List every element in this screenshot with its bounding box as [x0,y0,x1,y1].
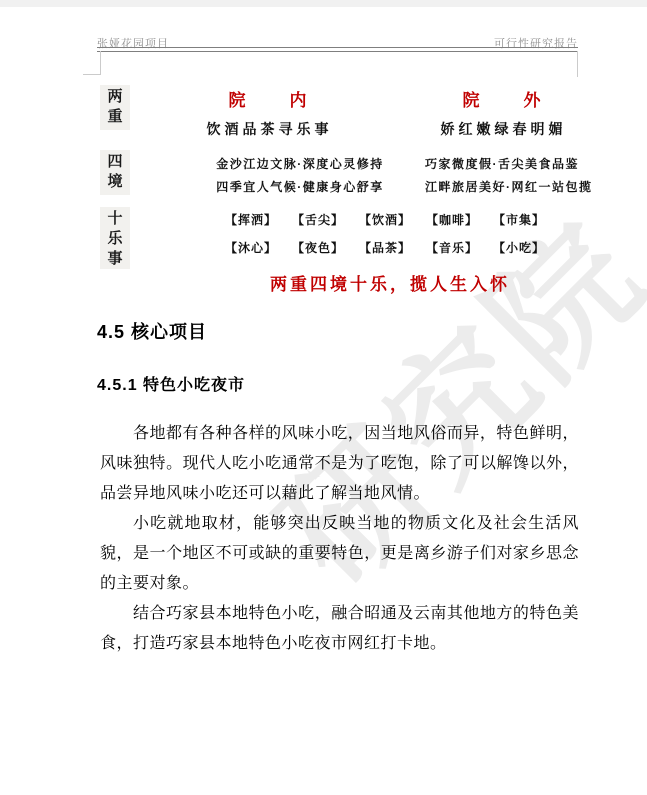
env-line-2: 四季宜人气候·健康身心舒享 [210,176,390,199]
joy-item: 【咖啡】 [426,211,478,228]
env-line-1: 金沙江边文脉·深度心灵修持 [210,153,390,176]
outer-court-title: 院外 [390,86,647,111]
inner-court-title: 院内 [155,86,424,111]
joy-item: 【饮酒】 [359,211,411,228]
joy-items-row-1: 【挥洒】 【舌尖】 【饮酒】 【咖啡】 【市集】 [225,211,545,228]
joy-item: 【舌尖】 [292,211,344,228]
joy-item: 【品茶】 [359,239,411,256]
textframe-right-edge [577,51,578,77]
outer-court-subtitle: 娇红嫩绿春明媚 [390,119,617,139]
body-paragraphs: 各地都有各种各样的风味小吃，因当地风俗而异，特色鲜明，风味独特。现代人吃小吃通常… [100,419,579,659]
top-strip [0,0,647,7]
feature-row-label-liangzhong: 两重 [100,85,130,130]
feature-row-label-shileshi: 十乐事 [100,207,130,269]
feature-row-label-sijing: 四境 [100,150,130,195]
joy-item: 【夜色】 [292,239,344,256]
env-line-4: 江畔旅居美好·网红一站包揽 [425,176,575,199]
four-env-right-column: 巧家微度假·舌尖美食品鉴 江畔旅居美好·网红一站包揽 [425,153,575,199]
four-env-left-column: 金沙江边文脉·深度心灵修持 四季宜人气候·健康身心舒享 [210,153,390,199]
feature-col-outer-court: 院外 娇红嫩绿春明媚 [390,86,613,139]
subsection-heading: 4.5.1 特色小吃夜市 [97,372,245,395]
feature-col-inner-court: 院内 饮酒品茶寻乐事 [155,86,380,139]
joy-item: 【小吃】 [493,239,545,256]
joy-item: 【音乐】 [426,239,478,256]
paragraph-2: 小吃就地取材，能够突出反映当地的物质文化及社会生活风貌，是一个地区不可或缺的重要… [100,509,579,599]
textframe-corner-horizontal [83,74,101,75]
joy-items-row-2: 【沐心】 【夜色】 【品茶】 【音乐】 【小吃】 [225,239,545,256]
joy-item: 【沐心】 [225,239,277,256]
env-line-3: 巧家微度假·舌尖美食品鉴 [425,153,575,176]
inner-court-subtitle: 饮酒品茶寻乐事 [155,119,384,139]
red-slogan: 两重四境十乐，揽人生入怀 [270,270,510,295]
header-rule [97,47,578,52]
section-heading: 4.5 核心项目 [97,318,207,344]
textframe-corner-vertical [100,51,101,74]
document-page: 研究院 张娅花园项目 可行性研究报告 两重 院内 饮酒品茶寻乐事 院外 娇红嫩绿… [0,0,647,795]
joy-item: 【市集】 [493,211,545,228]
joy-item: 【挥洒】 [225,211,277,228]
paragraph-3: 结合巧家县本地特色小吃，融合昭通及云南其他地方的特色美食，打造巧家县本地特色小吃… [100,599,579,659]
paragraph-1: 各地都有各种各样的风味小吃，因当地风俗而异，特色鲜明，风味独特。现代人吃小吃通常… [100,419,579,509]
